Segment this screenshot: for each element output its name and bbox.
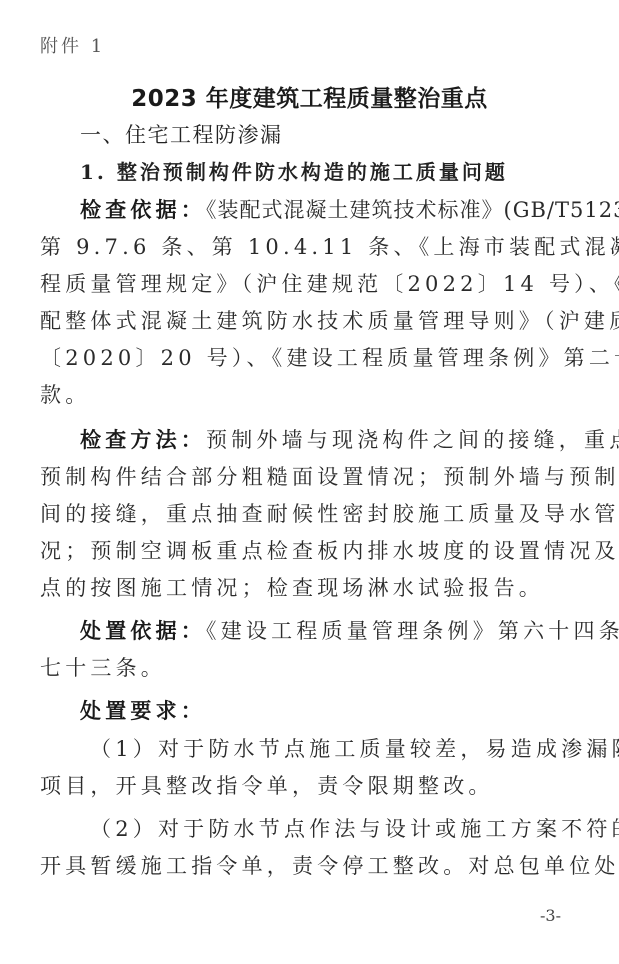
inspection-basis-line: 第 9.7.6 条、第 10.4.11 条、《上海市装配式混凝土建筑工 [40,233,580,261]
inspection-method-line: 点的按图施工情况；检查现场淋水试验报告。 [40,574,580,602]
inspection-method-label: 检查方法： [80,427,206,452]
subsection-heading: 1. 整治预制构件防水构造的施工质量问题 [80,156,508,185]
section-heading: 一、住宅工程防渗漏 [80,119,283,149]
inspection-basis-label: 检查依据： [80,197,206,222]
disposal-basis-line: 处置依据：《建设工程质量管理条例》第六十四条、第 [80,617,580,645]
inspection-method-line: 况；预制空调板重点检查板内排水坡度的设置情况及防水节 [40,537,580,565]
inspection-method-line: 检查方法：预制外墙与现浇构件之间的接缝，重点抽查 [80,426,580,454]
inspection-basis-line: 款。 [40,381,580,409]
document-title: 2023 年度建筑工程质量整治重点 [0,80,619,113]
inspection-method-text: 预制外墙与现浇构件之间的接缝，重点抽查 [206,428,619,452]
inspection-basis-line: 程质量管理规定》（沪住建规范〔2022〕14 号）、《上海市装 [40,270,580,298]
inspection-basis-text: 《装配式混凝土建筑技术标准》(GB/T51231) [206,198,619,222]
disposal-requirements-heading: 处置要求： [80,697,580,725]
requirement-item-line: （2）对于防水节点作法与设计或施工方案不符的项目， [90,815,580,843]
annex-label: 附件 1 [40,32,105,58]
inspection-basis-line: 检查依据：《装配式混凝土建筑技术标准》(GB/T51231) [80,196,580,224]
requirement-item-line: 项目，开具整改指令单，责令限期整改。 [40,772,580,800]
inspection-method-line: 预制构件结合部分粗糙面设置情况；预制外墙与预制外墙之 [40,463,580,491]
page-number: -3- [540,906,561,925]
disposal-requirements-label: 处置要求： [80,698,206,723]
requirement-item-line: （1）对于防水节点施工质量较差，易造成渗漏隐患的 [90,735,580,763]
disposal-basis-text: 《建设工程质量管理条例》第六十四条、第 [206,619,619,643]
disposal-basis-line: 七十三条。 [40,654,580,682]
disposal-basis-label: 处置依据： [80,618,206,643]
requirement-item-line: 开具暂缓施工指令单，责令停工整改。对总包单位处工程合 [40,852,580,880]
inspection-basis-line: 〔2020〕20 号）、《建设工程质量管理条例》第二十八条第一 [40,344,580,372]
inspection-method-line: 间的接缝，重点抽查耐候性密封胶施工质量及导水管设置情 [40,500,580,528]
inspection-basis-line: 配整体式混凝土建筑防水技术质量管理导则》（沪建质安 [40,307,580,335]
